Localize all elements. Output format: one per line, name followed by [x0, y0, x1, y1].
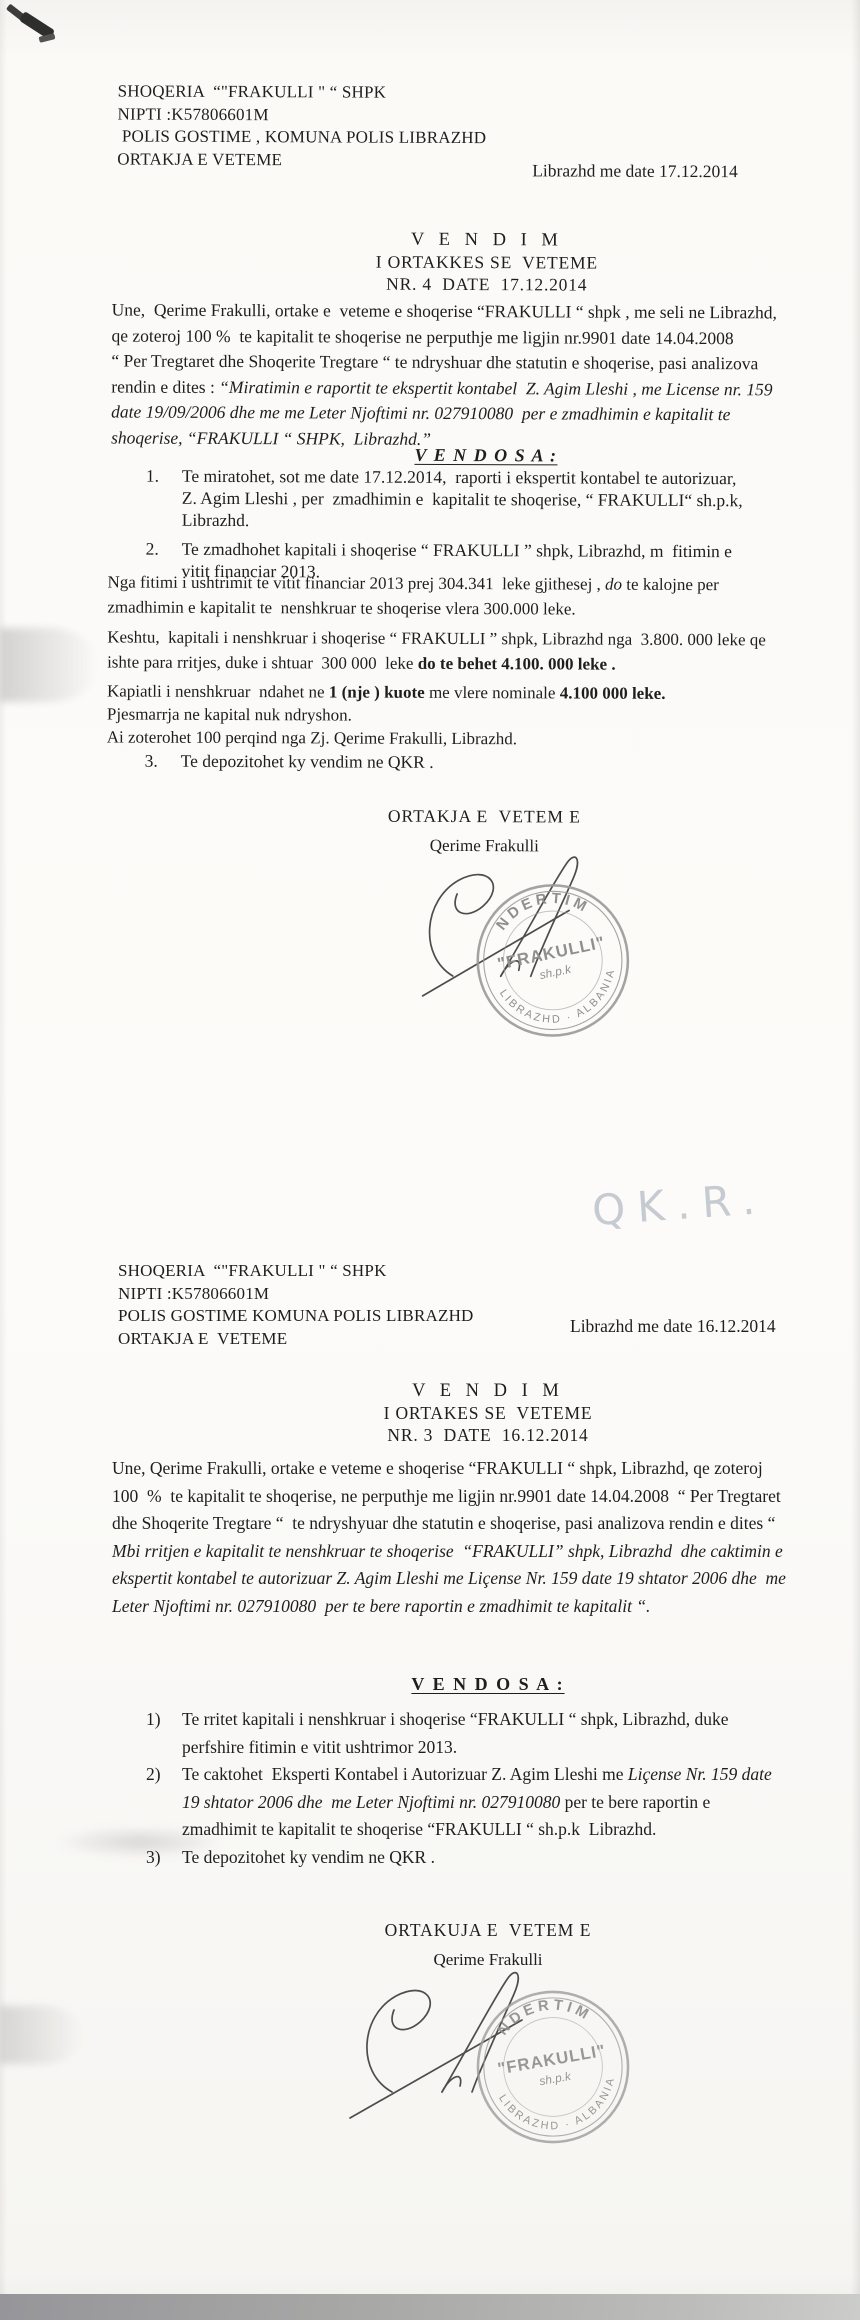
list-item-text: Te caktohet Eksperti Kontabel i Autorizu…: [182, 1761, 782, 1844]
company-nipt-line: NIPTI :K57806601M: [118, 1283, 474, 1306]
intro-text: Une, Qerime Frakulli, ortake e veteme e …: [112, 1458, 785, 1533]
list-marker: 1): [146, 1706, 182, 1734]
place-date-line: Librazhd me date 16.12.2014: [570, 1316, 776, 1337]
company-name-line: SHOQERIA “"FRAKULLI " “ SHPK: [118, 1260, 474, 1283]
company-header-block: SHOQERIA “"FRAKULLI " “ SHPK NIPTI :K578…: [117, 81, 486, 173]
vendosa-heading: V E N D O S A :: [118, 1674, 858, 1695]
decision-list: 1) Te rritet kapitali i nenshkruar i sho…: [146, 1706, 782, 1871]
quota-bold-amount: 4.100 000 leke.: [560, 683, 666, 702]
capital-increase-paragraph: Keshtu, kapitali i nenshkruar i shoqeris…: [107, 624, 783, 677]
item-text: Te caktohet Eksperti Kontabel i Autorizu…: [182, 1764, 628, 1784]
decision-title-subject: I ORTAKES SE VETEME: [118, 1402, 858, 1424]
signatory-role: ORTAKJA E VETEM E: [114, 805, 854, 829]
decision-title-subject: I ORTAKKES SE VETEME: [117, 250, 857, 275]
decision-title: V E N D I M I ORTAKKES SE VETEME NR. 4 D…: [117, 228, 857, 297]
quota-bold: 1 (nje ) kuote: [329, 682, 425, 701]
decision-title-word: V E N D I M: [118, 1380, 858, 1402]
list-marker: 2.: [146, 538, 182, 560]
quota-line3: Ai zoterohet 100 perqind nga Zj. Qerime …: [107, 727, 517, 748]
capital-bold-amount: do te behet 4.100. 000 leke .: [418, 654, 616, 674]
company-owner-line: ORTAKJA E VETEME: [117, 148, 486, 172]
list-item-text: Te depozitohet ky vendim ne QKR .: [182, 1844, 782, 1872]
intro-paragraph: Une, Qerime Frakulli, ortake e veteme e …: [111, 297, 780, 453]
page-1: SHOQERIA “"FRAKULLI " “ SHPK NIPTI :K578…: [0, 0, 860, 4]
item-text: Te depozitohet ky vendim ne QKR .: [182, 1847, 435, 1867]
list-marker: 3): [146, 1844, 182, 1872]
list-item-text: Te miratohet, sot me date 17.12.2014, ra…: [182, 465, 746, 533]
quota-line2: Pjesmarrja ne kapital nuk ndryshon.: [107, 704, 352, 724]
company-stamp: NDERTIM LIBRAZHD · ALBANIA "FRAKULLI" sh…: [461, 1975, 644, 2158]
decision-title-number-date: NR. 4 DATE 17.12.2014: [117, 272, 857, 297]
list-item: 3. Te depozitohet ky vendim ne QKR .: [145, 751, 745, 775]
list-item: 2) Te caktohet Eksperti Kontabel i Autor…: [146, 1761, 782, 1844]
decision-title: V E N D I M I ORTAKES SE VETEME NR. 3 DA…: [118, 1380, 858, 1446]
decision-title-word: V E N D I M: [117, 228, 857, 253]
company-owner-line: ORTAKJA E VETEME: [118, 1328, 474, 1351]
list-marker: 3.: [145, 751, 181, 772]
intro-agenda-italic: Mbi rritjen e kapitalit te nenshkruar te…: [112, 1541, 790, 1616]
scan-edge-shadow: [851, 0, 860, 2320]
handwritten-qkr-note: QK.R.: [591, 1174, 769, 1235]
item-text: Te rritet kapitali i nenshkruar i shoqer…: [182, 1709, 733, 1757]
list-item-text: Te depozitohet ky vendim ne QKR .: [181, 751, 745, 774]
intro-text: Une, Qerime Frakulli, ortake e veteme e …: [111, 299, 781, 347]
intro-paragraph: Une, Qerime Frakulli, ortake e veteme e …: [112, 1455, 788, 1620]
profit-paragraph: Nga fitimi i ushtrimit te vitit financia…: [107, 569, 781, 622]
scan-artifact-streak: [0, 2006, 84, 2064]
scan-artifact-streak: [0, 628, 100, 702]
profit-italic: do: [605, 575, 622, 594]
decision-list: 1. Te miratohet, sot me date 17.12.2014,…: [145, 465, 746, 585]
quota-text: me vlere nominale: [425, 683, 560, 703]
quota-paragraph: Kapiatli i nenshkruar ndahet ne 1 (nje )…: [107, 679, 783, 751]
company-nipt-line: NIPTI :K57806601M: [117, 103, 486, 127]
list-marker: 1.: [146, 465, 182, 487]
scan-artifact-bottom-band: [0, 2294, 860, 2320]
company-stamp: NDERTIM LIBRAZHD · ALBANIA "FRAKULLI" sh…: [459, 867, 646, 1054]
company-header-block: SHOQERIA “"FRAKULLI " “ SHPK NIPTI :K578…: [118, 1260, 474, 1350]
list-item-text: Te rritet kapitali i nenshkruar i shoqer…: [182, 1706, 782, 1761]
signatory-role: ORTAKUJA E VETEM E: [118, 1920, 858, 1941]
place-date-line: Librazhd me date 17.12.2014: [532, 160, 738, 182]
scan-edge-shadow: [0, 0, 7, 2320]
company-address-line: POLIS GOSTIME KOMUNA POLIS LIBRAZHD: [118, 1305, 474, 1328]
list-item: 3) Te depozitohet ky vendim ne QKR .: [146, 1844, 782, 1872]
quota-text: Kapiatli i nenshkruar ndahet ne: [107, 681, 329, 701]
company-address-line: POLIS GOSTIME , KOMUNA POLIS LIBRAZHD: [117, 126, 486, 150]
stamp-company-form: sh.p.k: [538, 2069, 573, 2088]
company-name-line: SHOQERIA “"FRAKULLI " “ SHPK: [118, 81, 487, 105]
profit-text: Nga fitimi i ushtrimit te vitit financia…: [107, 572, 605, 593]
list-marker: 2): [146, 1761, 182, 1789]
list-item: 1. Te miratohet, sot me date 17.12.2014,…: [146, 465, 746, 534]
stamp-company-form: sh.p.k: [538, 962, 573, 982]
decision-title-number-date: NR. 3 DATE 16.12.2014: [118, 1424, 858, 1446]
list-item: 1) Te rritet kapitali i nenshkruar i sho…: [146, 1706, 782, 1761]
